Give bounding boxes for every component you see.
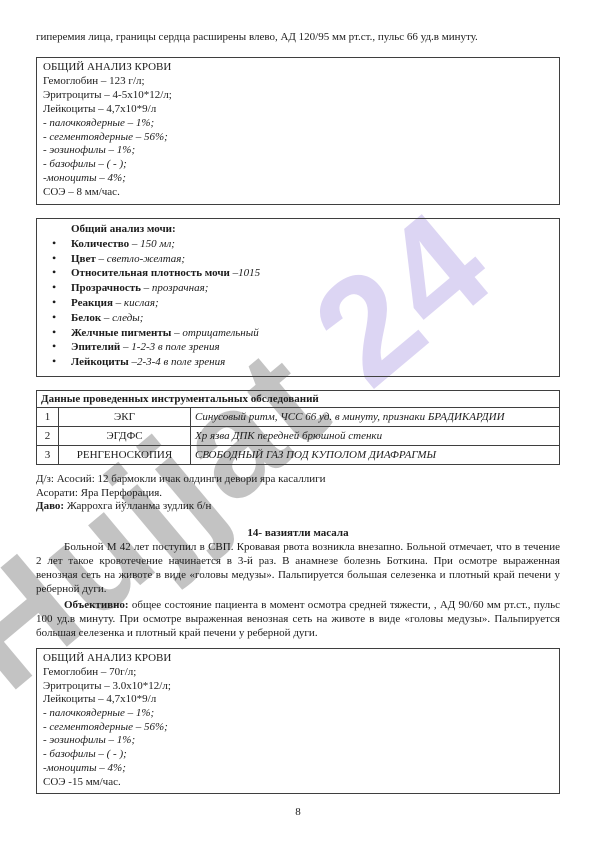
urine-item-label: Реакция (71, 297, 113, 309)
urine-item: •Прозрачность – прозрачная; (43, 281, 553, 296)
row-result: Синусовый ритм, ЧСС 66 уд. в минуту, при… (191, 408, 560, 427)
bullet-icon: • (52, 265, 56, 280)
urine-item: •Эпителий – 1-2-3 в поле зрения (43, 340, 553, 355)
blood-test-2-line: - сегментоядерные – 56%; (43, 721, 553, 735)
document-body: гиперемия лица, границы сердца расширены… (36, 30, 560, 794)
bullet-icon: • (52, 325, 56, 340)
urine-test-title: Общий анализ мочи: (43, 222, 553, 237)
urine-item-value: –1015 (230, 267, 260, 279)
diagnosis-complication: Асорати: Яра Перфорация. (36, 487, 560, 501)
urine-item: •Белок – следы; (43, 311, 553, 326)
table-row: 1 ЭКГ Синусовый ритм, ЧСС 66 уд. в минут… (37, 408, 560, 427)
blood-test-2-line: - эозинофилы – 1%; (43, 734, 553, 748)
bullet-icon: • (52, 339, 56, 354)
page-number: 8 (0, 806, 596, 818)
row-number: 2 (37, 427, 59, 446)
row-method: ЭКГ (59, 408, 191, 427)
blood-test-2-line: Гемоглобин – 70г/л; (43, 666, 553, 680)
intro-paragraph: гиперемия лица, границы сердца расширены… (36, 30, 560, 44)
urine-item-label: Эпителий (71, 341, 120, 353)
treatment-text: Жаррохга йўлланма зудлик б/н (64, 500, 211, 512)
row-method: РЕНГЕНОСКОПИЯ (59, 446, 191, 465)
diagnosis-treatment: Даво: Жаррохга йўлланма зудлик б/н (36, 500, 560, 514)
urine-item-label: Относительная плотность мочи (71, 267, 230, 279)
urine-test-box: Общий анализ мочи: •Количество – 150 мл;… (36, 218, 560, 377)
table-row: 2 ЭГДФС Хр язва ДПК передней брюшной сте… (37, 427, 560, 446)
blood-test-2-line: -моноциты – 4%; (43, 762, 553, 776)
case-title: 14- вазиятли масала (36, 527, 560, 539)
blood-test-1-line: Гемоглобин – 123 г/л; (43, 75, 553, 89)
urine-item: •Желчные пигменты – отрицательный (43, 326, 553, 341)
blood-test-2-line: СОЭ -15 мм/час. (43, 776, 553, 790)
blood-test-box-2: ОБЩИЙ АНАЛИЗ КРОВИ Гемоглобин – 70г/л; Э… (36, 648, 560, 794)
urine-item: •Количество – 150 мл; (43, 237, 553, 252)
urine-item-value: –2-3-4 в поле зрения (129, 356, 226, 368)
blood-test-2-line: - палочкоядерные – 1%; (43, 707, 553, 721)
bullet-icon: • (52, 354, 56, 369)
urine-item-label: Белок (71, 312, 101, 324)
row-number: 3 (37, 446, 59, 465)
bullet-icon: • (52, 236, 56, 251)
instrumental-exams-table: Данные проведенных инструментальных обсл… (36, 390, 560, 465)
urine-item: •Цвет – светло-желтая; (43, 252, 553, 267)
bullet-icon: • (52, 280, 56, 295)
row-result: Хр язва ДПК передней брюшной стенки (191, 427, 560, 446)
urine-item: •Относительная плотность мочи –1015 (43, 266, 553, 281)
case-paragraph-1: Больной М 42 лет поступил в СВП. Кровава… (36, 540, 560, 597)
blood-test-2-title: ОБЩИЙ АНАЛИЗ КРОВИ (43, 652, 553, 666)
urine-item: •Лейкоциты –2-3-4 в поле зрения (43, 355, 553, 370)
bullet-icon: • (52, 295, 56, 310)
urine-item-value: – следы; (101, 312, 143, 324)
urine-item-value: – кислая; (113, 297, 159, 309)
blood-test-1-title: ОБЩИЙ АНАЛИЗ КРОВИ (43, 61, 553, 75)
blood-test-2-line: Лейкоциты – 4,7х10*9/л (43, 693, 553, 707)
urine-item: •Реакция – кислая; (43, 296, 553, 311)
blood-test-2-line: - базофилы – ( - ); (43, 748, 553, 762)
row-result: СВОБОДНЫЙ ГАЗ ПОД КУПОЛОМ ДИАФРАГМЫ (191, 446, 560, 465)
bullet-icon: • (52, 251, 56, 266)
urine-item-label: Цвет (71, 253, 96, 265)
blood-test-1-line: - палочкоядерные – 1%; (43, 117, 553, 131)
blood-test-box-1: ОБЩИЙ АНАЛИЗ КРОВИ Гемоглобин – 123 г/л;… (36, 57, 560, 205)
table-header-row: Данные проведенных инструментальных обсл… (37, 391, 560, 408)
urine-item-value: – 150 мл; (129, 238, 175, 250)
urine-item-label: Желчные пигменты (71, 327, 171, 339)
blood-test-1-line: -моноциты – 4%; (43, 172, 553, 186)
urine-item-value: – светло-желтая; (96, 253, 185, 265)
urine-item-label: Лейкоциты (71, 356, 129, 368)
blood-test-2-line: Эритроциты – 3.0х10*12/л; (43, 680, 553, 694)
urine-item-value: – 1-2-3 в поле зрения (120, 341, 219, 353)
urine-item-label: Прозрачность (71, 282, 141, 294)
diagnosis-block: Д/з: Асосий: 12 бармокли ичак олдинги де… (36, 473, 560, 514)
diagnosis-main: Д/з: Асосий: 12 бармокли ичак олдинги де… (36, 473, 560, 487)
table-row: 3 РЕНГЕНОСКОПИЯ СВОБОДНЫЙ ГАЗ ПОД КУПОЛО… (37, 446, 560, 465)
blood-test-1-line: - сегментоядерные – 56%; (43, 131, 553, 145)
blood-test-1-line: СОЭ – 8 мм/час. (43, 186, 553, 200)
case-paragraph-2: Объективно: общее состояние пациента в м… (36, 598, 560, 641)
objective-label: Объективно: (64, 599, 129, 611)
row-number: 1 (37, 408, 59, 427)
blood-test-1-line: - эозинофилы – 1%; (43, 144, 553, 158)
treatment-label: Даво: (36, 500, 64, 512)
blood-test-1-line: - базофилы – ( - ); (43, 158, 553, 172)
urine-item-value: – отрицательный (171, 327, 258, 339)
bullet-icon: • (52, 310, 56, 325)
blood-test-1-line: Эритроциты – 4-5х10*12/л; (43, 89, 553, 103)
table-header: Данные проведенных инструментальных обсл… (37, 391, 560, 408)
urine-item-label: Количество (71, 238, 129, 250)
blood-test-1-line: Лейкоциты – 4,7х10*9/л (43, 103, 553, 117)
row-method: ЭГДФС (59, 427, 191, 446)
urine-item-value: – прозрачная; (141, 282, 208, 294)
